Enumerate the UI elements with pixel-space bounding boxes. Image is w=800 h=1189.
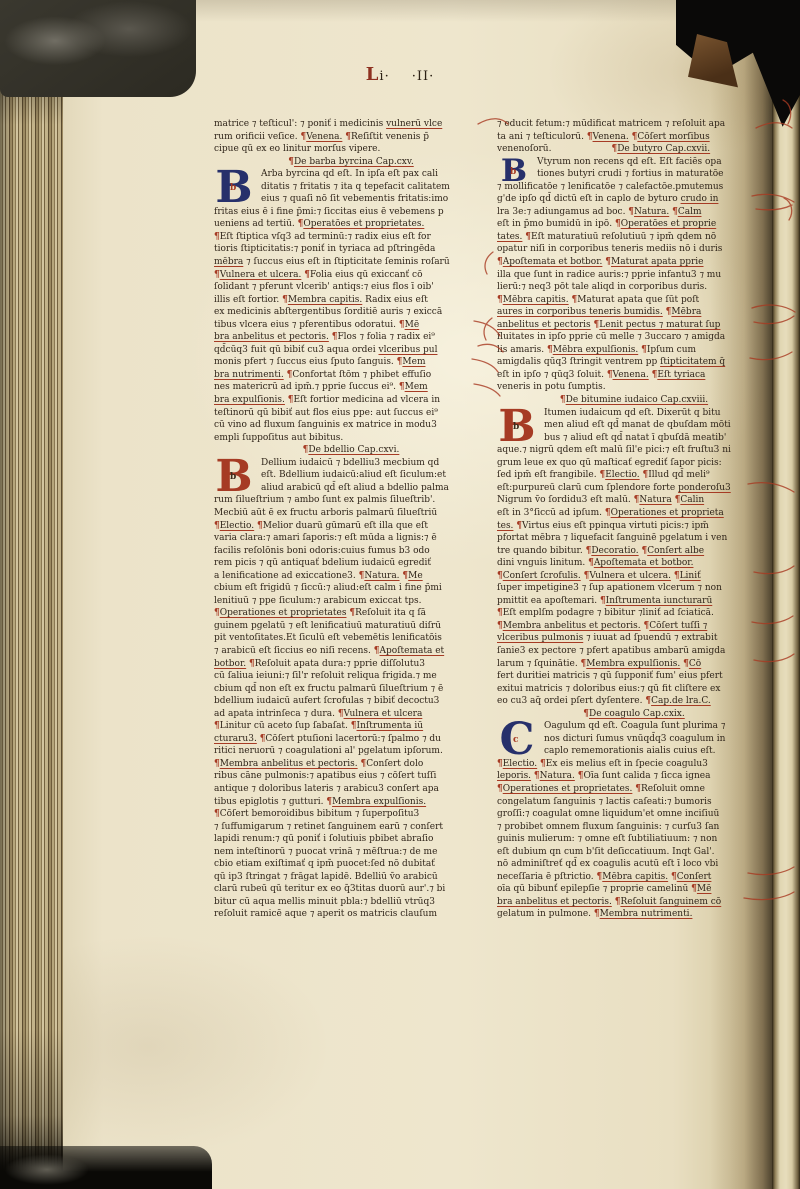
text-line: ¶Membra anbelitus et pectoris. ¶Conſert … <box>214 758 488 771</box>
text-line: aures in corporibus teneris bumidis. ¶Mē… <box>497 306 771 319</box>
text-line: qū ip3 ſtringat ⁊ frāgat lapidē. Bdelliū… <box>214 871 488 884</box>
text-line: bra expulſionis. ¶Eſt fortior medicina a… <box>214 394 488 407</box>
text-line: eſt in ipſo ⁊ qūq3 ſoluit. ¶Venena. ¶Eſt… <box>497 369 771 382</box>
text-line: eo cu3 aq̄ ordei pſert dyſentere. ¶Cap.d… <box>497 695 771 708</box>
text-line: ſolidant ⁊ pferunt vlcerib' antiqs:⁊ eiu… <box>214 281 488 294</box>
text-line: ⁊ educit fetum:⁊ mūdificat matricem ⁊ re… <box>497 118 771 131</box>
text-line: ⁊ arabicū eſt ſiccius eo niſi recens. ¶A… <box>214 645 488 658</box>
text-line: groſſi:⁊ coagulat omne liquidum'et omne … <box>497 808 771 821</box>
folio-section-number: ·II· <box>412 69 435 84</box>
text-line: bra nutrimenti. ¶Confortat ſtōm ⁊ phibet… <box>214 369 488 382</box>
text-line: empli ſuppoſitus aut bibitus. <box>214 432 488 445</box>
text-line: lra 3e:⁊ adiungamus ad boc. ¶Natura. ¶Ca… <box>497 206 771 219</box>
text-line: veneris in potu ſumptis. <box>497 381 771 394</box>
text-line: congelatum ſanguinis ⁊ lactis caſeati:⁊ … <box>497 796 771 809</box>
text-line: ⁊ probibet omnem fluxum ſanguinis: ⁊ cur… <box>497 821 771 834</box>
text-line: ¶Eſt ſtiptica vſq3 ad terminū:⁊ radix ei… <box>214 231 488 244</box>
text-line: guinem pgelatū ⁊ eſt lenificatiuū matura… <box>214 620 488 633</box>
text-line: aque.⁊ nigrū qdem eſt malū ſil'e pici:⁊ … <box>497 444 771 457</box>
text-line: bdellium iudaicū aufert ſcrofulas ⁊ bibi… <box>214 695 488 708</box>
text-line: monis pfert ⁊ ſuccus eius ſputo ſanguis.… <box>214 356 488 369</box>
text-line: amigdalis qūq3 ſtringit ventrem pp ſtipt… <box>497 356 771 369</box>
text-line: reſoluit ramicē aque ⁊ aperit os matrici… <box>214 908 488 921</box>
text-line: nō adminiſtreť qd̄ ex coagulis acutū eſt… <box>497 858 771 871</box>
photo-shadow-bottom-left <box>0 1146 212 1189</box>
text-line: tes. ¶Virtus eius eſt ppinqua virtuti pi… <box>497 520 771 533</box>
text-line: cbio etiam exiſtimať q ipm̄ puocet:ſed n… <box>214 858 488 871</box>
text-line: mēbra ⁊ ſuccus eius eſt in ſtipticitate … <box>214 256 488 269</box>
text-line: rem picis ⁊ qū antiquať bdelium iudaicū … <box>214 557 488 570</box>
text-line: lis amaris. ¶Mēbra expulſionis. ¶Ipſum c… <box>497 344 771 357</box>
guide-letter: b <box>230 473 236 482</box>
text-line: ¶Electio. ¶Ex eis melius eſt in ſpecie c… <box>497 758 771 771</box>
text-line: guinis mulierum: ⁊ omne eſt ſubtiliatiuu… <box>497 833 771 846</box>
text-line: tioris ſtipticitatis:⁊ poniť in tyriaca … <box>214 243 488 256</box>
text-line: pfortat mēbra ⁊ liquefacit ſanguinē pgel… <box>497 532 771 545</box>
text-line: vlceribus pulmonis ⁊ iuuat ad ſpuendū ⁊ … <box>497 632 771 645</box>
drop-cap-initial: Bb <box>211 170 257 206</box>
book-photograph: Li··II· matrice ⁊ teſticul': ⁊ poniť i m… <box>0 0 800 1189</box>
text-line: ¶Electio. ¶Melior duarū gūmarū eſt illa … <box>214 520 488 533</box>
text-line: rum orificii veſice. ¶Venena. ¶Reſiſtit … <box>214 131 488 144</box>
text-line: grum leue ex quo qū maſticať egrediť ſap… <box>497 457 771 470</box>
text-line: dini vnguis linitum. ¶Apoſtemata et botb… <box>497 557 771 570</box>
text-line: clarū rubeū qū teritur ex eo q̄3titas du… <box>214 883 488 896</box>
text-line: ſed ipm̄ eſt frangibile. ¶Electio. ¶Illu… <box>497 469 771 482</box>
text-line: matrice ⁊ teſticul': ⁊ poniť i medicinis… <box>214 118 488 131</box>
text-line: ⁊ ſuffumigarum ⁊ retinet ſanguinem earū … <box>214 821 488 834</box>
text-line: venenoſorū.¶De butyro Cap.cxvii. <box>497 143 771 156</box>
text-line: tates. ¶Eſt maturatiuū reſolutiuū ⁊ ipm̄… <box>497 231 771 244</box>
drop-cap-initial: Bb <box>211 459 257 495</box>
book-fore-edge-pages <box>0 0 63 1189</box>
folio-header: Li··II· <box>0 64 800 85</box>
text-line: ¶Eſt emplſm podagre ⁊ bibitur ⁊liniť ad … <box>497 607 771 620</box>
text-line: pmittit ea apoſtemari. ¶Inſtrumenta iunc… <box>497 595 771 608</box>
text-line: ¶Vulnera et ulcera. ¶Folia eius qū exicc… <box>214 269 488 282</box>
text-line: teſtinorū qū bibiť aut flos eius ppe: au… <box>214 407 488 420</box>
chapter-heading: ¶De barba byrcina Cap.cxv. <box>214 156 488 169</box>
text-line: larum ⁊ ſquinātie. ¶Membra expulſionis. … <box>497 658 771 671</box>
text-line: ſuper impetigine3 ⁊ ſup apationem vlceru… <box>497 582 771 595</box>
text-line: illis eſt fortior. ¶Membra capitis. Radi… <box>214 294 488 307</box>
text-line: cū vino ad fluxum ſanguinis ex matrice i… <box>214 419 488 432</box>
text-line: ad apata intrinſeca ⁊ dura. ¶Vulnera et … <box>214 708 488 721</box>
text-line: ſanie3 ex pectore ⁊ pfert apatibus ambar… <box>497 645 771 658</box>
guide-letter: b <box>230 184 236 193</box>
text-line: exitui matricis ⁊ doloribus eius:⁊ qū fi… <box>497 683 771 696</box>
folio-book-initial: L <box>366 64 380 85</box>
folio-book-rest: i· <box>379 69 389 84</box>
chapter-heading: ¶De coagulo Cap.cxix. <box>497 708 771 721</box>
text-line: ¶Membra anbelitus et pectoris. ¶Cōſert t… <box>497 620 771 633</box>
guide-letter: b <box>513 423 519 432</box>
text-line: tiones butyri crudi ⁊ fortius in maturat… <box>497 168 771 181</box>
text-column-left: matrice ⁊ teſticul': ⁊ poniť i medicinis… <box>214 118 488 921</box>
guide-letter: c <box>513 736 518 745</box>
text-line: ¶Apoſtemata et botbor. ¶Maturat apata pp… <box>497 256 771 269</box>
text-line: Mecbiū aūt ē ex fructu arboris palmarū ſ… <box>214 507 488 520</box>
text-line: nem inteſtinorū ⁊ puocat vrinā ⁊ mēſtrua… <box>214 846 488 859</box>
text-line: lenitiuū ⁊ ppe ſiculum:⁊ arabicum exicca… <box>214 595 488 608</box>
text-line: a lenificatione ad exiccatione3. ¶Natura… <box>214 570 488 583</box>
drop-cap-initial: Bb <box>494 158 534 184</box>
text-line: fluitates in ipſo pprie cū melle ⁊ 3ucca… <box>497 331 771 344</box>
text-line: gelatum in pulmone. ¶Membra nutrimenti. <box>497 908 771 921</box>
text-line: cū ſaliua ieiuni:⁊ ſil'r reſoluit reliqu… <box>214 670 488 683</box>
text-line: fritas eius ē i fine p̄mi:⁊ ſiccitas eiu… <box>214 206 488 219</box>
text-line: ¶Operationes et proprietates. ¶Reſoluit … <box>497 783 771 796</box>
text-line: eſt dubium qn cum b'ſit deſiccatiuum. In… <box>497 846 771 859</box>
text-line: ¶Conſert ſcrofulis. ¶Vulnera et ulcera. … <box>497 570 771 583</box>
text-line: eſt in 3°ſiccū ad ipſum. ¶Operationes et… <box>497 507 771 520</box>
chapter-heading: ¶De bdellio Cap.cxvi. <box>214 444 488 457</box>
text-line: ex medicinis abſtergentibus ſorditiē aur… <box>214 306 488 319</box>
guide-letter: b <box>510 168 516 177</box>
text-line: anbelitus et pectoris ¶Lenit pectus ⁊ ma… <box>497 319 771 332</box>
text-line: ¶Cōſert bemoroidibus bibitum ⁊ ſuperpoſi… <box>214 808 488 821</box>
text-line: nes matericrū ad ipm̄.⁊ pprie ſuccus ei⁹… <box>214 381 488 394</box>
text-line: tibus vlcera eius ⁊ pferentibus odoratui… <box>214 319 488 332</box>
text-line: pit ventoſitates.Et ſiculū eſt vebemētis… <box>214 632 488 645</box>
text-line: Nigrum v̄o ſordidu3 eſt malū. ¶Natura ¶C… <box>497 494 771 507</box>
text-line: ribus cāne pulmonis:⁊ apatibus eius ⁊ cō… <box>214 770 488 783</box>
text-line: ¶Operationes et proprietates ¶Reſoluit i… <box>214 607 488 620</box>
text-line: antique ⁊ doloribus lateris ⁊ arabicu3 c… <box>214 783 488 796</box>
text-line: rum ſilueſtrium ⁊ ambo ſunt ex palmis ſi… <box>214 494 488 507</box>
text-line: bra anbelitus et pectoris. ¶Reſoluit ſan… <box>497 896 771 909</box>
drop-cap-initial: Bb <box>494 409 540 445</box>
text-line: bra anbelitus et pectoris. ¶Flos ⁊ folia… <box>214 331 488 344</box>
text-line: illa que ſunt in radice auris:⁊ pprie in… <box>497 269 771 282</box>
text-line: tibus epiglotis ⁊ gutturi. ¶Membra expul… <box>214 796 488 809</box>
text-line: neceſſaria ē pſtrictio. ¶Mēbra capitis. … <box>497 871 771 884</box>
drop-cap-initial: Cc <box>494 722 540 758</box>
text-line: qd̄cūq3 fuit qū bibiť cu3 aqua ordei vlc… <box>214 344 488 357</box>
text-line: eſt in p̄mo bumidū in ipō. ¶Operatōes et… <box>497 218 771 231</box>
text-line: varia clara:⁊ amari ſaporis:⁊ eſt mūda a… <box>214 532 488 545</box>
text-column-right: ⁊ educit fetum:⁊ mūdificat matricem ⁊ re… <box>497 118 771 921</box>
text-line: ta ani ⁊ teſticulorū. ¶Venena. ¶Cōſert m… <box>497 131 771 144</box>
text-line: facilis reſolōnis boni odoris:cuius fumu… <box>214 545 488 558</box>
chapter-heading: ¶De bitumine iudaico Cap.cxviii. <box>497 394 771 407</box>
text-line: lierū:⁊ neq3 pōt tale aliqd in corporibu… <box>497 281 771 294</box>
text-line: ueniens ad tertiū. ¶Operatōes et proprie… <box>214 218 488 231</box>
adjacent-page-edge <box>772 0 800 1189</box>
text-line: oīa qū bibunť epilepſie ⁊ proprie cameli… <box>497 883 771 896</box>
text-line: cbium eſt frigidū ⁊ ſiccū:⁊ aliud:eſt ca… <box>214 582 488 595</box>
text-line: leporis. ¶Natura. ¶Oīa ſunt calida ⁊ ſic… <box>497 770 771 783</box>
text-line: opatur niſi in corporibus teneris mediis… <box>497 243 771 256</box>
text-line: ⁊ mollificatōe ⁊ lenificatōe ⁊ calefactō… <box>497 181 771 194</box>
text-line: botbor. ¶Reſoluit apata dura:⁊ pprie diſ… <box>214 658 488 671</box>
text-line: ¶Mēbra capitis. ¶Maturat apata que ſūt p… <box>497 294 771 307</box>
text-line: bitur cū aqua mellis minuit pbla:⁊ bdell… <box>214 896 488 909</box>
text-line: ¶Linitur cū aceto ſup ſabaſat. ¶Inſtrume… <box>214 720 488 733</box>
text-line: cbium qd̄ non eſt ex fructu palmarū ſilu… <box>214 683 488 696</box>
text-line: tre quando bibitur. ¶Decoratio. ¶Conſert… <box>497 545 771 558</box>
text-line: lapidi renum:⁊ qū poniť i ſolutiuis pbib… <box>214 833 488 846</box>
text-line: ritici neruorū ⁊ coagulationi al' pgelat… <box>214 745 488 758</box>
text-line: g'de ipſo qd̄ dictū eſt in caplo de bytu… <box>497 193 771 206</box>
text-line: Vtyrum non recens qd eſt. Eſt faciēs opa <box>497 156 771 169</box>
text-line: cipue qū ex eo linitur morſus vipere. <box>214 143 488 156</box>
text-line: eſt:purpureū clarū cum ſplendore forte p… <box>497 482 771 495</box>
text-line: fert duritiei matricis ⁊ qū ſupponiť fum… <box>497 670 771 683</box>
text-line: cturaru3. ¶Cōſert ptuſioni lacertorū:⁊ ſ… <box>214 733 488 746</box>
